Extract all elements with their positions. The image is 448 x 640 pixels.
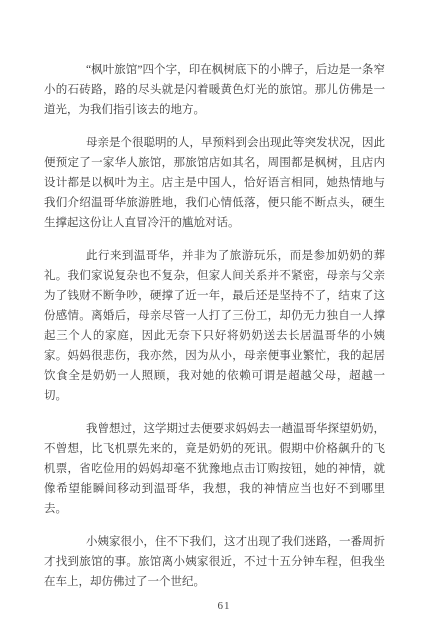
paragraph-1: “枫叶旅馆”四个字，印在枫树底下的小牌子，后边是一条窄小的石砖路，路的尽头就是闪… [44, 60, 385, 120]
paragraph-2: 母亲是个很聪明的人，早预料到会出现此等突发状况，因此便预定了一家华人旅馆，那旅馆… [44, 133, 385, 233]
paragraph-3: 此行来到温哥华，并非为了旅游玩乐，而是参加奶奶的葬礼。我们家说复杂也不复杂，但家… [44, 246, 385, 406]
text-block: “枫叶旅馆”四个字，印在枫树底下的小牌子，后边是一条窄小的石砖路，路的尽头就是闪… [44, 60, 385, 605]
paragraph-5: 小姨家很小，住不下我们，这才出现了我们迷路，一番周折才找到旅馆的事。旅馆离小姨家… [44, 532, 385, 592]
paragraph-4: 我曾想过，这学期过去便要求妈妈去一趟温哥华探望奶奶，不曾想，比飞机票先来的，竟是… [44, 419, 385, 519]
page-number: 61 [0, 600, 448, 612]
document-page: “枫叶旅馆”四个字，印在枫树底下的小牌子，后边是一条窄小的石砖路，路的尽头就是闪… [0, 0, 448, 640]
